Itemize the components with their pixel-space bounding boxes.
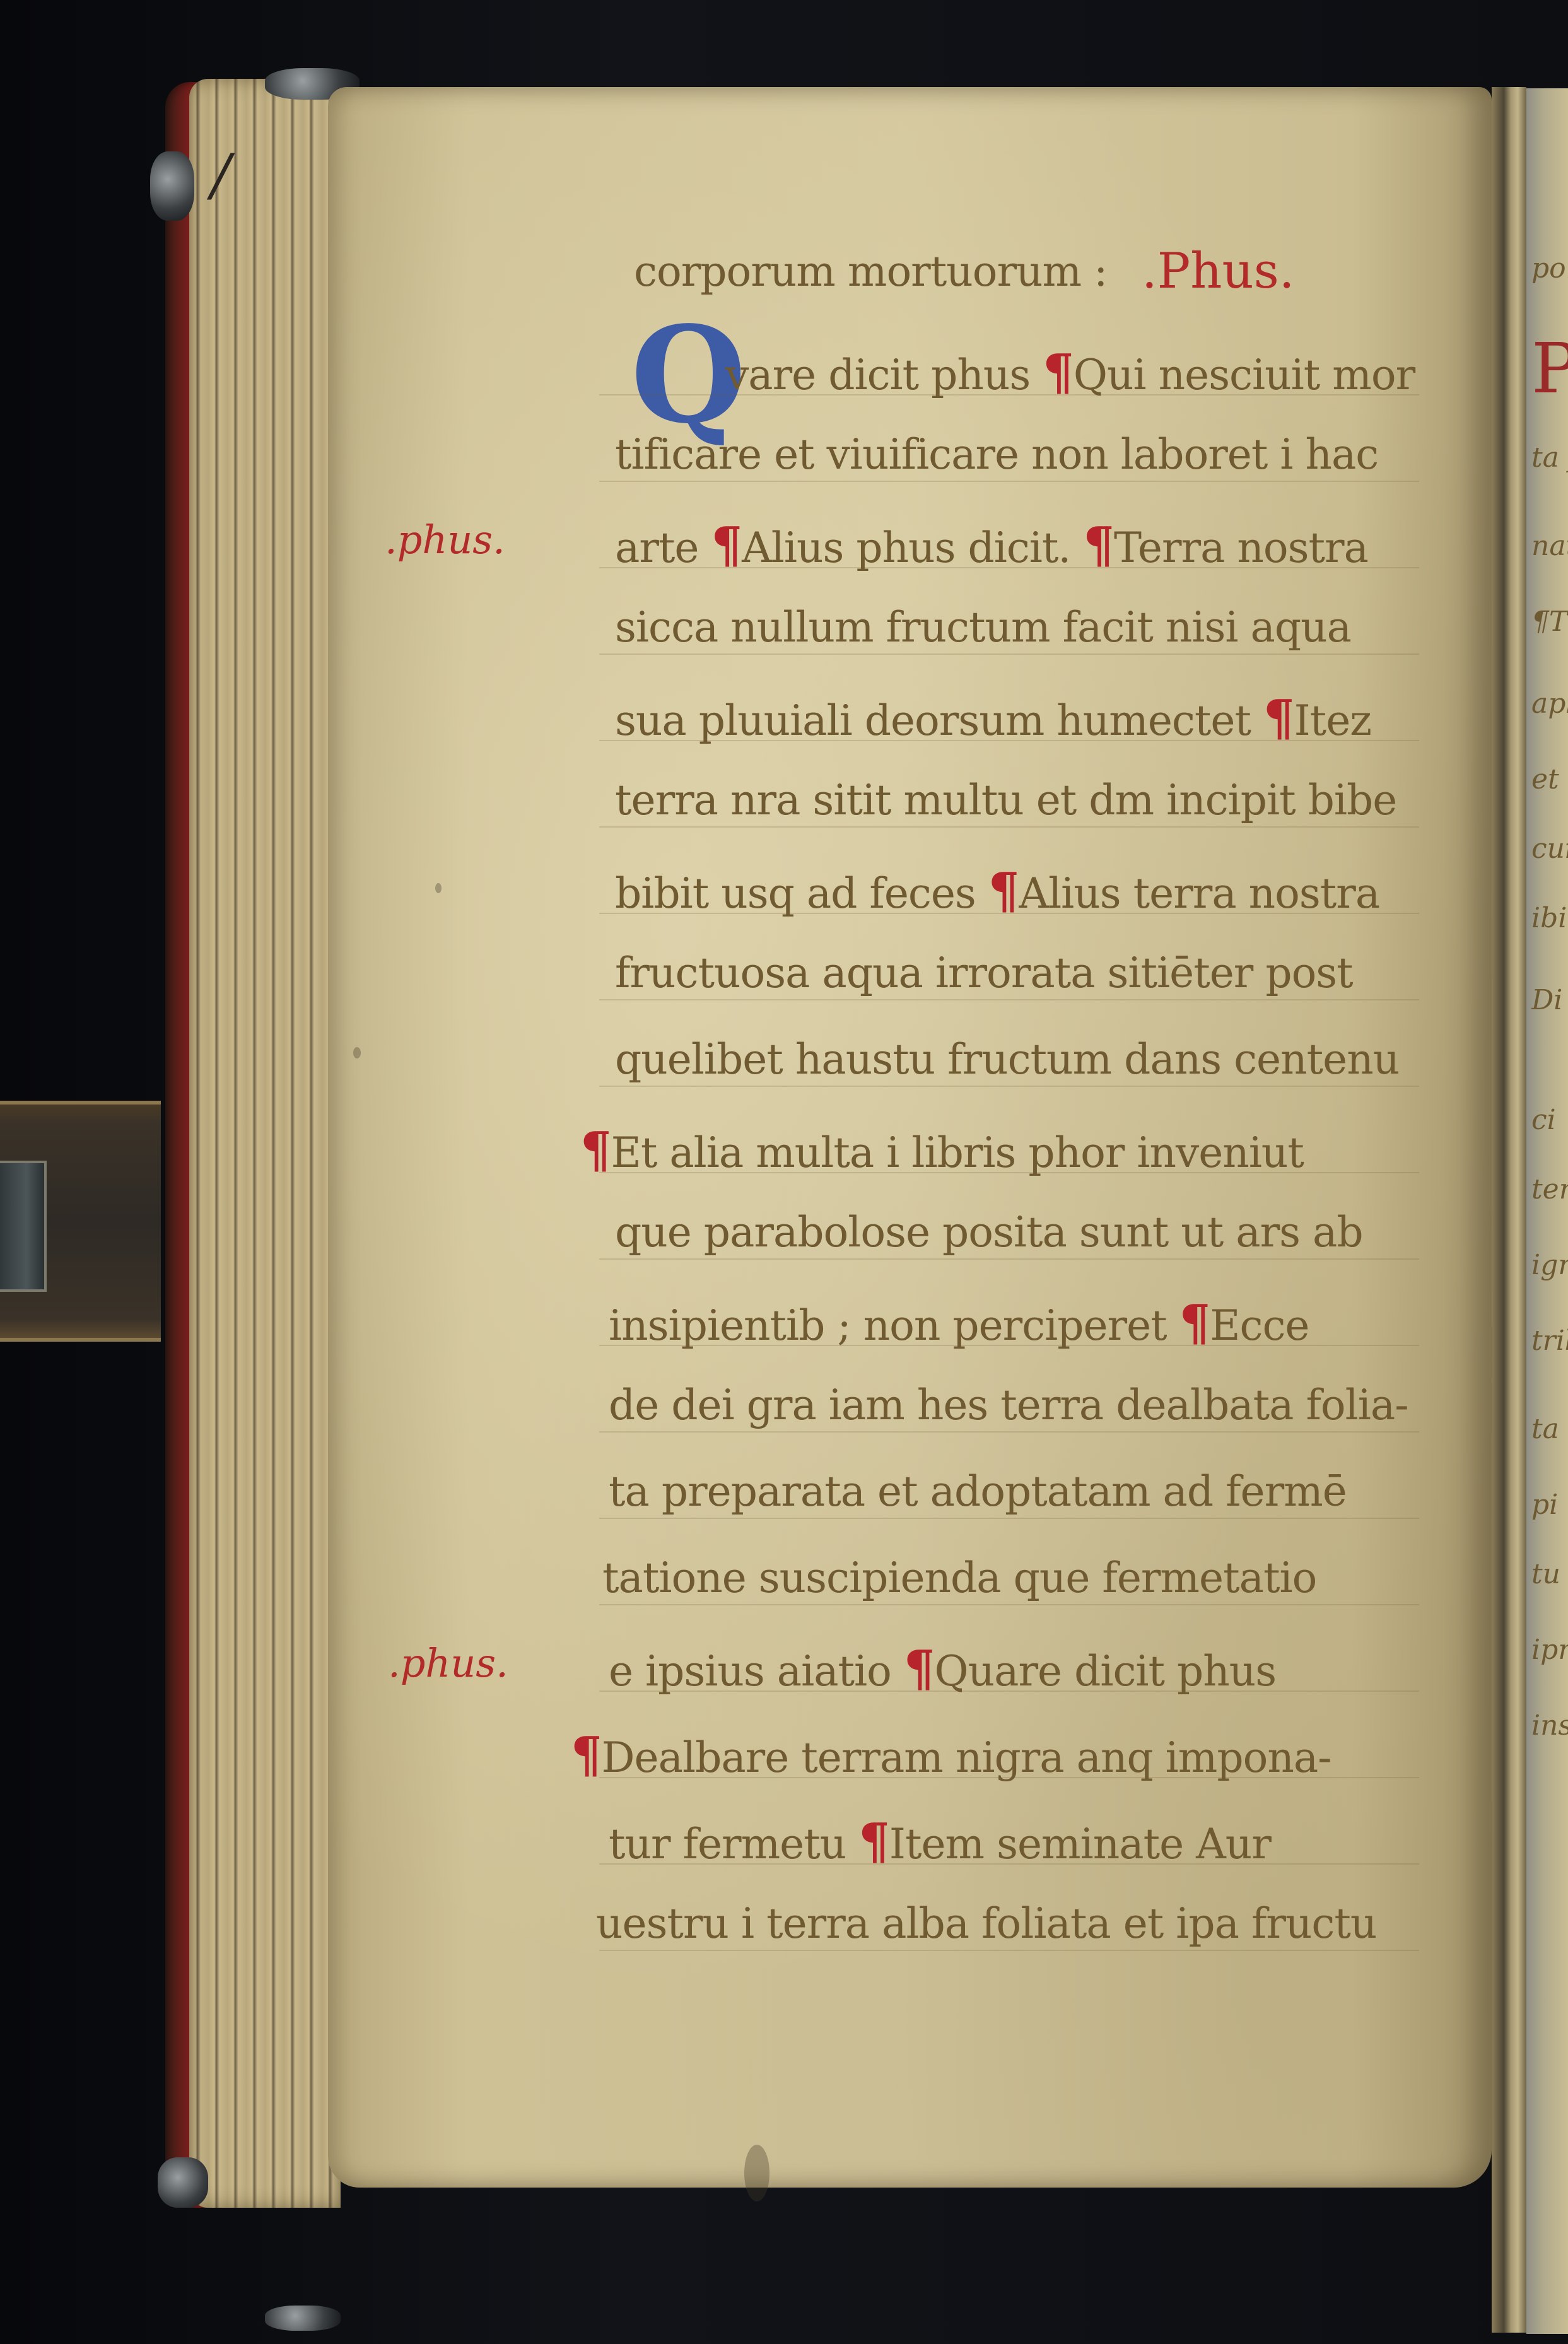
ruling-line xyxy=(599,1345,1419,1346)
text-run: Qui nesciuit mor xyxy=(1074,351,1415,399)
facing-text-fragment: cui d xyxy=(1531,833,1568,865)
paragraph-mark-icon: ¶ xyxy=(711,517,742,574)
text-run: vare dicit phus xyxy=(725,351,1043,399)
ruling-line xyxy=(599,481,1419,482)
facing-text-fragment: porta xyxy=(1531,252,1568,284)
speck xyxy=(435,883,442,893)
facing-text-fragment: ci xyxy=(1531,1104,1568,1136)
facing-text-fragment: Di t xyxy=(1531,984,1568,1016)
text-line: quelibet haustu fructum dans centenu xyxy=(615,1035,1399,1084)
text-line: que parabolose posita sunt ut ars ab xyxy=(615,1208,1363,1257)
facing-text-fragment: et locu xyxy=(1531,763,1568,795)
text-run: Terra nostra xyxy=(1114,524,1368,572)
paragraph-mark-icon: ¶ xyxy=(988,862,1019,920)
paragraph-mark-icon: ¶ xyxy=(571,1726,602,1784)
header-rubric: .Phus. xyxy=(1142,243,1295,300)
text-line: fructuosa aqua irrorata sitiēter post xyxy=(615,949,1353,997)
ruling-line xyxy=(599,1518,1419,1519)
text-run: Quare dicit phus xyxy=(935,1647,1277,1696)
text-run: tificare et viuificare non laboret i hac xyxy=(615,430,1378,479)
text-line: tificare et viuificare non laboret i hac xyxy=(615,430,1378,479)
ruling-line xyxy=(599,1086,1419,1087)
facing-text-fragment: ta xyxy=(1531,1413,1568,1445)
metal-boss-left-bottom xyxy=(158,2157,208,2208)
metal-boss-bottom xyxy=(265,2306,341,2331)
paragraph-mark-icon: ¶ xyxy=(1043,344,1074,401)
text-line: sua pluuiali deorsum humectet ¶Itez xyxy=(615,689,1371,747)
text-line: ta preparata et adoptatam ad fermē xyxy=(609,1467,1347,1516)
ruling-line xyxy=(599,740,1419,741)
ruling-line xyxy=(599,913,1419,914)
text-run: fructuosa aqua irrorata sitiēter post xyxy=(615,949,1353,997)
ruling-line xyxy=(599,1258,1419,1260)
facing-text-fragment: Po xyxy=(1531,328,1568,409)
text-run: sua pluuiali deorsum humectet xyxy=(615,696,1263,745)
text-run: e ipsius aiatio xyxy=(609,1647,904,1696)
text-run: Alius terra nostra xyxy=(1019,869,1379,918)
facing-text-fragment: nat xyxy=(1531,530,1568,562)
ruling-line xyxy=(599,1604,1419,1605)
text-run: Itez xyxy=(1294,696,1371,745)
paragraph-mark-icon: ¶ xyxy=(1083,517,1114,574)
paragraph-mark-icon: ¶ xyxy=(858,1813,889,1870)
facing-text-fragment: pi xyxy=(1531,1489,1568,1521)
text-line: ¶Dealbare terram nigra anq impona- xyxy=(571,1726,1331,1784)
facing-text-fragment: ta f xyxy=(1531,442,1568,474)
paragraph-mark-icon: ¶ xyxy=(1179,1294,1210,1352)
facing-page xyxy=(1526,88,1568,2334)
text-run: Et alia multa i libris phor inveniut xyxy=(611,1128,1304,1177)
header-line: corporum mortuorum : xyxy=(634,247,1107,296)
paragraph-mark-icon: ¶ xyxy=(1263,689,1294,747)
text-run: Ecce xyxy=(1210,1301,1309,1350)
ruling-line xyxy=(599,999,1419,1000)
ruling-line xyxy=(599,1172,1419,1173)
ruling-line xyxy=(599,394,1419,396)
margin-note: .phus. xyxy=(388,1640,508,1686)
paragraph-mark-icon: ¶ xyxy=(904,1640,935,1697)
margin-note: .phus. xyxy=(385,517,505,563)
text-run: que parabolose posita sunt ut ars ab xyxy=(615,1208,1363,1257)
facing-text-fragment: ibi fu xyxy=(1531,902,1568,934)
text-line: uestru i terra alba foliata et ipa fruct… xyxy=(596,1899,1376,1948)
text-run: ta preparata et adoptatam ad fermē xyxy=(609,1467,1347,1516)
paragraph-mark-icon: ¶ xyxy=(580,1122,611,1179)
ruling-line xyxy=(599,653,1419,655)
text-run: bibit usq ad feces xyxy=(615,869,988,918)
text-run: de dei gra iam hes terra dealbata folia- xyxy=(609,1381,1408,1429)
facing-text-fragment: insim xyxy=(1531,1709,1568,1742)
text-run: terra nra sitit multu et dm incipit bibe xyxy=(615,776,1396,824)
text-line: tur fermetu ¶Item seminate Aur xyxy=(609,1813,1271,1870)
text-line: vare dicit phus ¶Qui nesciuit mor xyxy=(725,344,1415,401)
text-run: Alius phus dicit. xyxy=(742,524,1083,572)
facing-text-fragment: igne xyxy=(1531,1249,1568,1281)
text-run: sicca nullum fructum facit nisi aqua xyxy=(615,603,1351,652)
facing-text-fragment: apla xyxy=(1531,688,1568,720)
text-line: e ipsius aiatio ¶Quare dicit phus xyxy=(609,1640,1276,1697)
text-line: ¶Et alia multa i libris phor inveniut xyxy=(580,1122,1304,1179)
gutter-fold xyxy=(1492,87,1526,2333)
text-line: sicca nullum fructum facit nisi aqua xyxy=(615,603,1351,652)
text-line: tatione suscipienda que fermetatio xyxy=(602,1554,1316,1602)
ruling-line xyxy=(599,567,1419,568)
speck xyxy=(353,1047,361,1058)
facing-text-fragment: tu xyxy=(1531,1558,1568,1590)
ruling-line xyxy=(599,1950,1419,1951)
ruling-line xyxy=(599,826,1419,828)
facing-text-fragment: trib xyxy=(1531,1325,1568,1357)
metal-boss-left-top xyxy=(150,151,194,221)
facing-text-fragment: ipm xyxy=(1531,1634,1568,1666)
page-stack-edges xyxy=(189,79,341,2208)
text-run: insipientib ; non perciperet xyxy=(609,1301,1179,1350)
text-run: Item seminate Aur xyxy=(889,1820,1271,1868)
text-line: bibit usq ad feces ¶Alius terra nostra xyxy=(615,862,1379,920)
text-run: quelibet haustu fructum dans centenu xyxy=(615,1035,1399,1084)
text-run: arte xyxy=(615,524,711,572)
facing-text-fragment: ter xyxy=(1531,1173,1568,1205)
text-line: de dei gra iam hes terra dealbata folia- xyxy=(609,1381,1408,1429)
ruling-line xyxy=(599,1777,1419,1778)
facing-text-fragment: ¶Tim xyxy=(1531,606,1568,638)
text-line: terra nra sitit multu et dm incipit bibe xyxy=(615,776,1396,824)
text-run: tur fermetu xyxy=(609,1820,858,1868)
clasp-icon xyxy=(0,1161,47,1292)
ink-stain xyxy=(744,2145,769,2201)
text-run: uestru i terra alba foliata et ipa fruct… xyxy=(596,1899,1376,1948)
text-run: tatione suscipienda que fermetatio xyxy=(602,1554,1316,1602)
edge-mark: / xyxy=(211,142,230,208)
ruling-line xyxy=(599,1863,1419,1865)
text-run: Dealbare terram nigra anq impona- xyxy=(602,1733,1331,1782)
text-line: arte ¶Alius phus dicit. ¶Terra nostra xyxy=(615,517,1368,574)
ruling-line xyxy=(599,1431,1419,1433)
ruling-line xyxy=(599,1691,1419,1692)
text-line: insipientib ; non perciperet ¶Ecce xyxy=(609,1294,1309,1352)
